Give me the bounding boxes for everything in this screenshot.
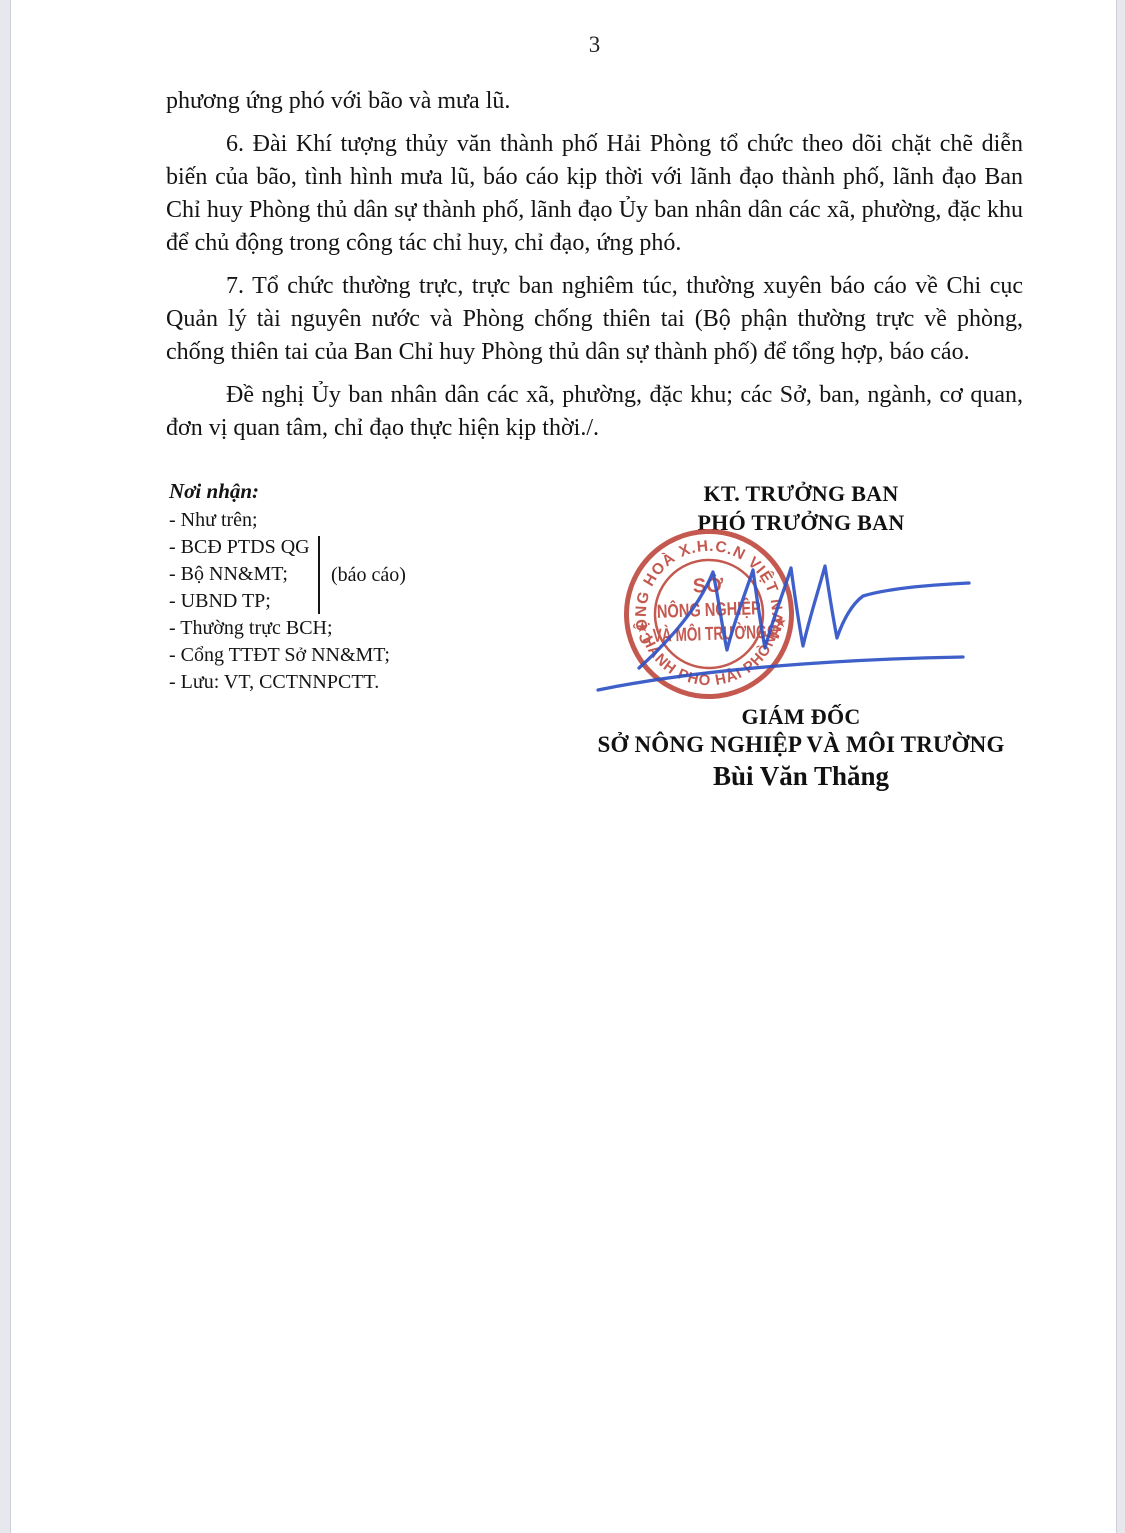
document-body: phương ứng phó với bão và mưa lũ. 6. Đài… xyxy=(166,85,1023,455)
signer-name: Bùi Văn Thăng xyxy=(579,759,1023,793)
document-page: 3 phương ứng phó với bão và mưa lũ. 6. Đ… xyxy=(10,0,1117,1533)
recipient-item: - Lưu: VT, CCTNNPCTT. xyxy=(169,669,469,696)
recipients-block: Nơi nhận: - Như trên; - BCĐ PTDS QG - Bộ… xyxy=(169,478,469,696)
signature-handwriting xyxy=(586,552,1066,702)
signer-identity-block: GIÁM ĐỐC SỞ NÔNG NGHIỆP VÀ MÔI TRƯỜNG Bù… xyxy=(579,703,1023,793)
recipient-item: - Thường trực BCH; xyxy=(169,615,469,642)
signature-ink-icon xyxy=(586,552,1066,702)
body-paragraph: 6. Đài Khí tượng thủy văn thành phố Hải … xyxy=(166,128,1023,260)
recipients-heading: Nơi nhận: xyxy=(169,478,469,507)
recipient-item: - Cổng TTĐT Sở NN&MT; xyxy=(169,642,469,669)
signer-organization: SỞ NÔNG NGHIỆP VÀ MÔI TRƯỜNG xyxy=(579,730,1023,759)
recipient-item: - Như trên; xyxy=(169,507,469,534)
page-number: 3 xyxy=(166,32,1023,58)
body-paragraph-continuation: phương ứng phó với bão và mưa lũ. xyxy=(166,85,1023,118)
delegation-title: KT. TRƯỞNG BAN xyxy=(589,479,1013,508)
signer-position: GIÁM ĐỐC xyxy=(579,703,1023,730)
body-paragraph: 7. Tổ chức thường trực, trực ban nghiêm … xyxy=(166,270,1023,369)
recipients-bracket-line xyxy=(318,536,320,614)
body-paragraph: Đề nghị Ủy ban nhân dân các xã, phường, … xyxy=(166,379,1023,445)
recipients-bracket-note: (báo cáo) xyxy=(331,562,406,589)
